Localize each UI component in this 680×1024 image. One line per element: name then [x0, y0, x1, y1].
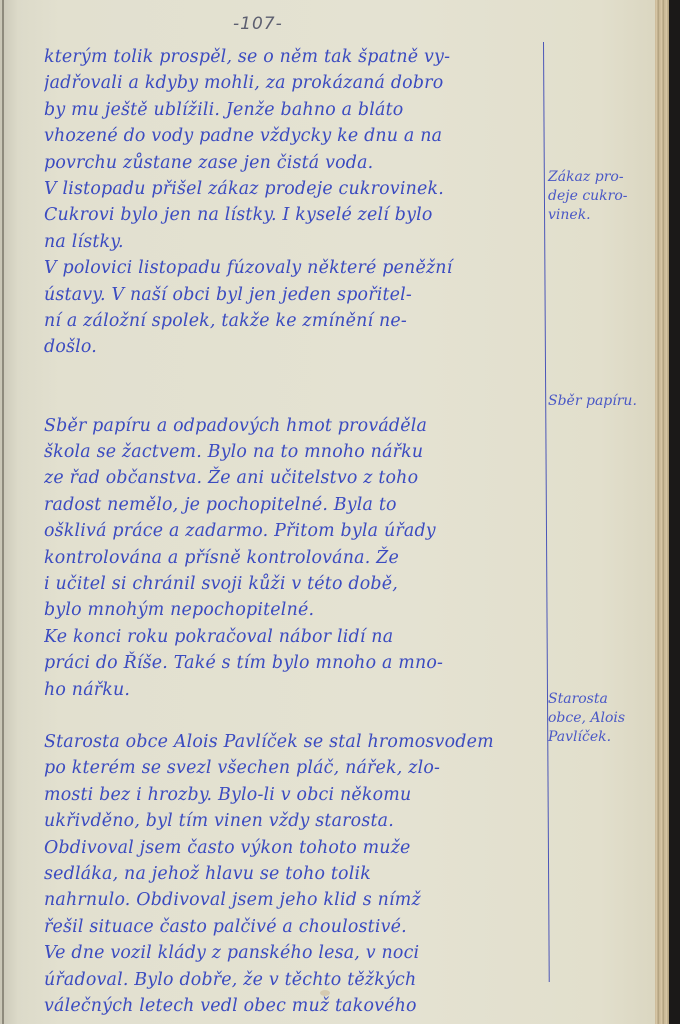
paragraph-spacer [44, 361, 542, 413]
text-line: Starosta obce Alois Pavlíček se stal hro… [44, 729, 542, 755]
text-line: ze řad občanstva. Že ani učitelstvo z to… [44, 465, 542, 491]
text-line: kterým tolik prospěl, se o něm tak špatn… [44, 44, 542, 70]
text-line: V listopadu přišel zákaz prodeje cukrovi… [44, 176, 542, 202]
paragraph-6-mayor: Starosta obce Alois Pavlíček se stal hro… [44, 729, 542, 1019]
text-line: kontrolována a přísně kontrolována. Že [44, 545, 542, 571]
margin-note-line: Zákaz pro- [548, 168, 648, 187]
text-line: sedláka, na jehož hlavu se toho tolik [44, 861, 542, 887]
margin-note-mayor: Starosta obce, Alois Pavlíček. [548, 690, 648, 747]
paragraph-3-bank-merger: V polovici listopadu fúzovaly některé pe… [44, 255, 542, 361]
margin-note-line: Pavlíček. [548, 728, 648, 747]
text-line: Cukrovi bylo jen na lístky. I kyselé zel… [44, 202, 542, 228]
margin-note-line: obce, Alois [548, 709, 648, 728]
text-line: válečných letech vedl obec muž takového [44, 993, 542, 1019]
margin-note-paper-collection: Sběr papíru. [548, 392, 648, 411]
text-line: ošklivá práce a zadarmo. Přitom byla úřa… [44, 518, 542, 544]
text-line: řešil situace často palčivé a choulostiv… [44, 914, 542, 940]
page-number: -107- [233, 14, 283, 34]
margin-note-line: deje cukro- [548, 187, 648, 206]
text-line: ústavy. V naší obci byl jen jeden spořit… [44, 282, 542, 308]
margin-note-sweets-ban: Zákaz pro- deje cukro- vinek. [548, 168, 648, 225]
text-line: ukřivděno, byl tím vinen vždy starosta. [44, 808, 542, 834]
text-line: na lístky. [44, 229, 542, 255]
paragraph-1: kterým tolik prospěl, se o něm tak špatn… [44, 44, 542, 176]
text-line: jadřovali a kdyby mohli, za prokázaná do… [44, 70, 542, 96]
paper-page: -107- kterým tolik prospěl, se o něm tak… [0, 0, 655, 1024]
paragraph-spacer [44, 703, 542, 729]
text-line: vhozené do vody padne vždycky ke dnu a n… [44, 123, 542, 149]
text-line: Ve dne vozil klády z panského lesa, v no… [44, 940, 542, 966]
text-line: ní a záložní spolek, takže ke zmínění ne… [44, 308, 542, 334]
margin-note-line: Sběr papíru. [548, 392, 648, 411]
paragraph-4-paper-collection: Sběr papíru a odpadových hmot prováděla … [44, 413, 542, 624]
margin-note-line: vinek. [548, 206, 648, 225]
book-cover-edge [669, 0, 680, 1024]
margin-note-line: Starosta [548, 690, 648, 709]
text-line: po kterém se svezl všechen pláč, nářek, … [44, 755, 542, 781]
text-line: by mu ještě ublížili. Jenže bahno a blát… [44, 97, 542, 123]
scanned-book-page: -107- kterým tolik prospěl, se o něm tak… [0, 0, 680, 1024]
text-line: nahrnulo. Obdivoval jsem jeho klid s ním… [44, 887, 542, 913]
text-line: i učitel si chránil svoji kůži v této do… [44, 571, 542, 597]
text-line: Ke konci roku pokračoval nábor lidí na [44, 624, 542, 650]
paragraph-2-sweets-ban: V listopadu přišel zákaz prodeje cukrovi… [44, 176, 542, 255]
text-line: V polovici listopadu fúzovaly některé pe… [44, 255, 542, 281]
page-stack-edge [655, 0, 669, 1024]
text-line: úřadoval. Bylo dobře, že v těchto těžkýc… [44, 967, 542, 993]
chronicle-body-text: kterým tolik prospěl, se o něm tak špatn… [44, 44, 542, 1019]
text-line: škola se žactvem. Bylo na to mnoho nářku [44, 439, 542, 465]
left-page-edge [2, 0, 4, 1024]
text-line: povrchu zůstane zase jen čistá voda. [44, 150, 542, 176]
text-line: Sběr papíru a odpadových hmot prováděla [44, 413, 542, 439]
text-line: došlo. [44, 334, 542, 360]
text-line: ho nářku. [44, 677, 542, 703]
text-line: bylo mnohým nepochopitelné. [44, 597, 542, 623]
paragraph-5-labor-recruitment: Ke konci roku pokračoval nábor lidí na p… [44, 624, 542, 703]
text-line: mosti bez i hrozby. Bylo-li v obci někom… [44, 782, 542, 808]
paper-stain [320, 990, 330, 996]
text-line: práci do Říše. Také s tím bylo mnoho a m… [44, 650, 542, 676]
text-line: radost nemělo, je pochopitelné. Byla to [44, 492, 542, 518]
text-line: Obdivoval jsem často výkon tohoto muže [44, 835, 542, 861]
